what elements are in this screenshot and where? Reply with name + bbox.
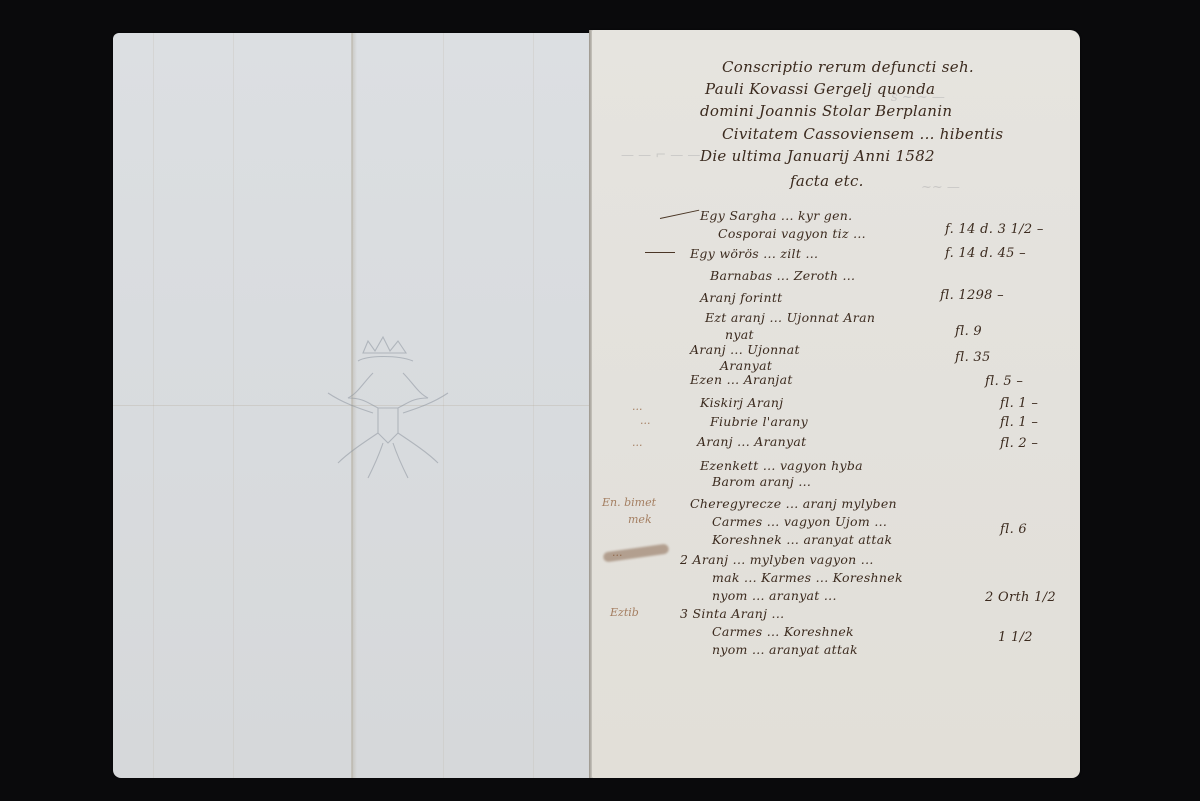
entry-line: Egy wörös ... zilt ... bbox=[690, 246, 818, 261]
left-page bbox=[113, 33, 591, 778]
entry-amount: f. 14 d. 45 – bbox=[945, 246, 1026, 261]
entry-line: Fiubrie l'arany bbox=[710, 414, 808, 429]
entry-line: Kiskirj Aranj bbox=[700, 395, 783, 410]
bleed-through-text: — — ⌐ — — bbox=[621, 148, 700, 163]
entry-amount: fl. 2 – bbox=[1000, 436, 1038, 451]
entry-line: Carmes ... Koreshnek bbox=[712, 624, 854, 639]
margin-note: En. bimet bbox=[602, 496, 656, 509]
entry-line: Koreshnek ... aranyat attak bbox=[712, 532, 892, 547]
heading-line: Conscriptio rerum defuncti seh. bbox=[722, 58, 974, 76]
entry-line: mak ... Karmes ... Koreshnek bbox=[712, 570, 903, 585]
entry-line: nyat bbox=[725, 327, 754, 342]
entry-line: Ezen ... Aranjat bbox=[690, 372, 793, 387]
entry-amount: f. 14 d. 3 1/2 – bbox=[945, 222, 1044, 237]
entry-line: Carmes ... vagyon Ujom ... bbox=[712, 514, 887, 529]
margin-note: mek bbox=[628, 513, 652, 526]
entry-amount: fl. 1298 – bbox=[940, 288, 1004, 303]
margin-note: ... bbox=[632, 436, 643, 449]
entry-amount: 1 1/2 bbox=[998, 630, 1033, 645]
entry-line: Cheregyrecze ... aranj mylyben bbox=[690, 496, 897, 511]
spine-gutter bbox=[589, 30, 592, 778]
entry-line: nyom ... aranyat ... bbox=[712, 588, 837, 603]
eagle-watermark-icon bbox=[318, 333, 458, 483]
entry-amount: fl. 5 – bbox=[985, 374, 1023, 389]
heading-line: Civitatem Cassoviensem ... hibentis bbox=[722, 125, 1003, 143]
entry-line: Aranyat bbox=[720, 358, 772, 373]
heading-line: domini Joannis Stolar Berplanin bbox=[700, 102, 952, 120]
margin-note: Eztib bbox=[610, 606, 639, 619]
heading-line: Pauli Kovassi Gergelj quonda bbox=[705, 80, 935, 98]
entry-amount: 2 Orth 1/2 bbox=[985, 590, 1056, 605]
entry-line: Cosporai vagyon tiz ... bbox=[718, 226, 866, 241]
entry-line: Ezt aranj ... Ujonnat Aran bbox=[705, 310, 875, 325]
entry-amount: fl. 35 bbox=[955, 350, 991, 365]
entry-line: Aranj ... Aranyat bbox=[697, 434, 806, 449]
entry-line: Egy Sargha ... kyr gen. bbox=[700, 208, 852, 223]
entry-amount: fl. 6 bbox=[1000, 522, 1027, 537]
entry-line: 2 Aranj ... mylyben vagyon ... bbox=[680, 552, 874, 567]
heading-line: Die ultima Januarij Anni 1582 bbox=[700, 147, 935, 165]
entry-amount: fl. 1 – bbox=[1000, 396, 1038, 411]
entry-line: Barom aranj ... bbox=[712, 474, 811, 489]
bleed-through-text: ~~ — bbox=[921, 180, 960, 195]
entry-line: nyom ... aranyat attak bbox=[712, 642, 858, 657]
entry-amount: fl. 1 – bbox=[1000, 415, 1038, 430]
flourish bbox=[645, 252, 675, 253]
entry-amount: fl. 9 bbox=[955, 324, 982, 339]
entry-line: Aranj ... Ujonnat bbox=[690, 342, 800, 357]
entry-line: Aranj forintt bbox=[700, 290, 782, 305]
entry-line: Ezenkett ... vagyon hyba bbox=[700, 458, 863, 473]
margin-note: ... bbox=[640, 414, 651, 427]
entry-line: 3 Sinta Aranj ... bbox=[680, 606, 784, 621]
margin-note: ... bbox=[632, 400, 643, 413]
entry-line: Barnabas ... Zeroth ... bbox=[710, 268, 855, 283]
heading-line: facta etc. bbox=[790, 172, 864, 190]
